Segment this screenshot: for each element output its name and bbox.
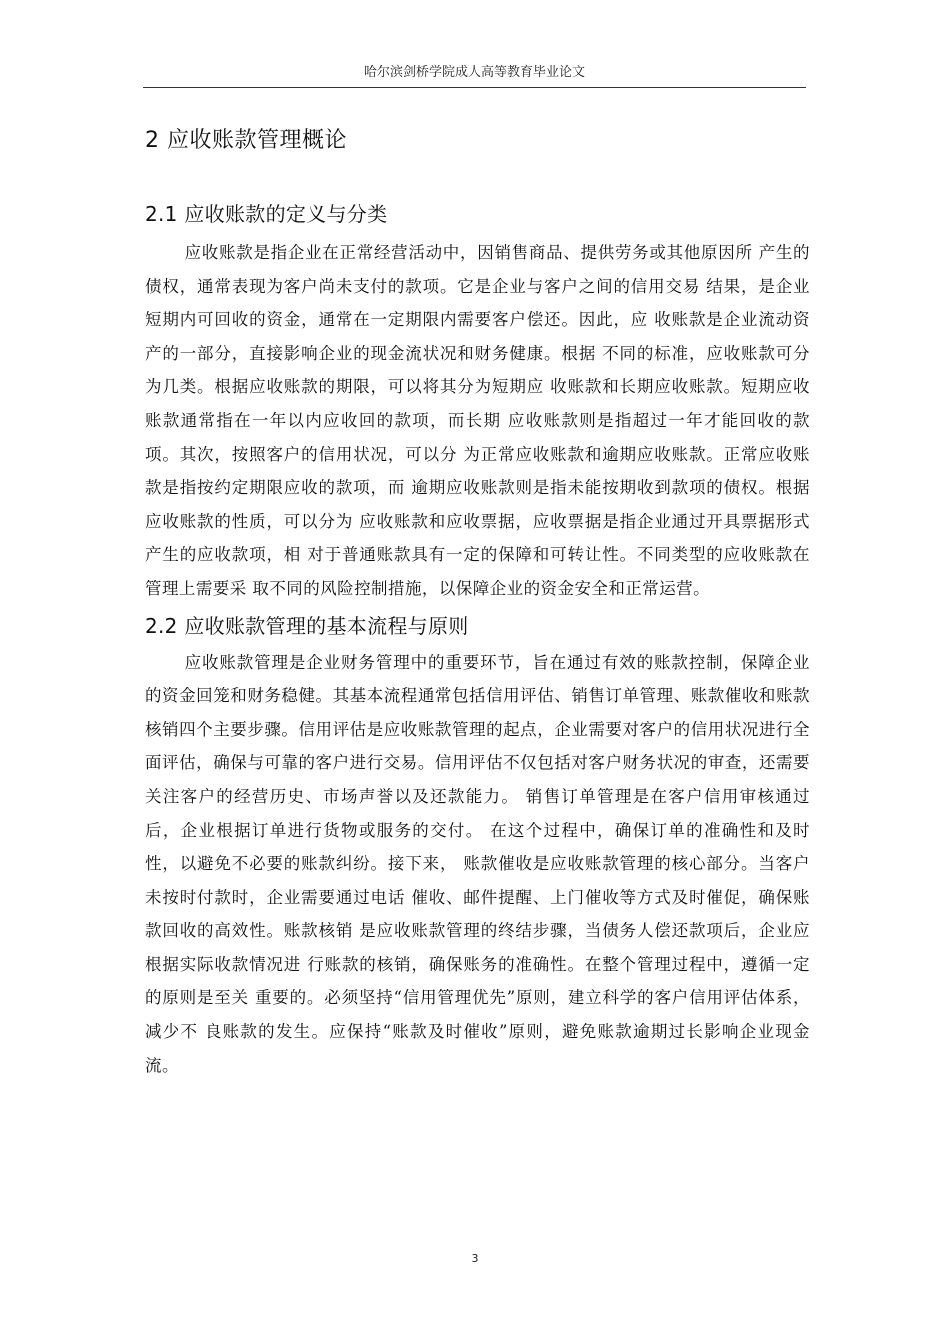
running-header: 哈尔滨剑桥学院成人高等教育毕业论文 (143, 64, 806, 82)
header-divider (143, 87, 806, 88)
section-2-1-paragraph: 应收账款是指企业在正常经营活动中，因销售商品、提供劳务或其他原因所 产生的债权，… (145, 236, 810, 606)
section-2-2-paragraph: 应收账款管理是企业财务管理中的重要环节，旨在通过有效的账款控制，保障企业的资金回… (145, 646, 810, 1083)
section-title-2-1: 2.1 应收账款的定义与分类 (145, 196, 810, 232)
page-body: 2 应收账款管理概论 2.1 应收账款的定义与分类 应收账款是指企业在正常经营活… (145, 120, 810, 1082)
chapter-title: 2 应收账款管理概论 (145, 120, 810, 162)
section-title-2-2: 2.2 应收账款管理的基本流程与原则 (145, 608, 810, 644)
page-number: 3 (0, 1252, 950, 1265)
